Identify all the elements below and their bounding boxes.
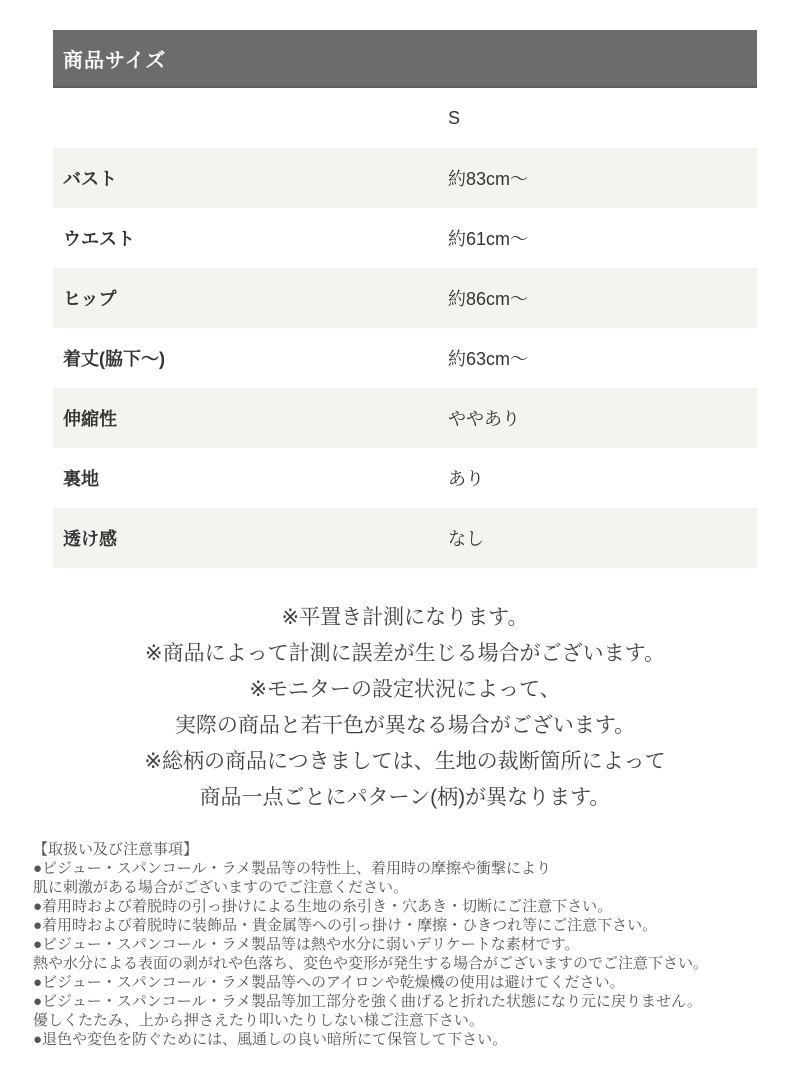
handling-note-line: ●ビジュー・スパンコール・ラメ製品等は熱や水分に弱いデリケートな素材です。	[33, 935, 770, 954]
content-area: 商品サイズ S バスト 約83cm〜 ウエスト 約61cm〜 ヒップ 約86cm…	[53, 30, 757, 816]
row-value: 約86cm〜	[448, 285, 757, 311]
handling-notes-title: 【取扱い及び注意事項】	[33, 840, 770, 859]
table-row-hip: ヒップ 約86cm〜	[53, 268, 757, 328]
product-size-page: 商品サイズ S バスト 約83cm〜 ウエスト 約61cm〜 ヒップ 約86cm…	[0, 0, 800, 1067]
row-label: 裏地	[53, 465, 448, 491]
handling-note-line: ●着用時および着脱時に装飾品・貴金属等への引っ掛け・摩擦・ひきつれ等にご注意下さ…	[33, 916, 770, 935]
size-column-header-row: S	[53, 88, 757, 148]
measurement-note-line: ※商品によって計測に誤差が生じる場合がございます。	[53, 636, 757, 672]
table-row-length: 着丈(脇下〜) 約63cm〜	[53, 328, 757, 388]
row-value: あり	[448, 465, 757, 491]
table-row-stretch: 伸縮性 ややあり	[53, 388, 757, 448]
handling-notes: 【取扱い及び注意事項】 ●ビジュー・スパンコール・ラメ製品等の特性上、着用時の摩…	[33, 840, 770, 1049]
measurement-note-line: 商品一点ごとにパターン(柄)が異なります。	[53, 780, 757, 816]
size-column-header: S	[448, 108, 757, 129]
handling-note-line: ●退色や変色を防ぐためには、風通しの良い暗所にて保管して下さい。	[33, 1030, 770, 1049]
handling-note-line: ●ビジュー・スパンコール・ラメ製品等へのアイロンや乾燥機の使用は避けてください。	[33, 973, 770, 992]
row-value: ややあり	[448, 405, 757, 431]
row-label: バスト	[53, 165, 448, 191]
size-table: S バスト 約83cm〜 ウエスト 約61cm〜 ヒップ 約86cm〜 着丈(脇…	[53, 88, 757, 568]
row-label: 着丈(脇下〜)	[53, 345, 448, 371]
row-label: ウエスト	[53, 225, 448, 251]
measurement-note-line: ※平置き計測になります。	[53, 600, 757, 636]
row-value: 約63cm〜	[448, 345, 757, 371]
product-size-header: 商品サイズ	[53, 30, 757, 88]
table-row-waist: ウエスト 約61cm〜	[53, 208, 757, 268]
row-label: 透け感	[53, 525, 448, 551]
measurement-note-line: 実際の商品と若干色が異なる場合がございます。	[53, 708, 757, 744]
row-label: ヒップ	[53, 285, 448, 311]
handling-note-line: 熱や水分による表面の剥がれや色落ち、変色や変形が発生する場合がございますのでご注…	[33, 954, 770, 973]
table-row-lining: 裏地 あり	[53, 448, 757, 508]
measurement-note-line: ※総柄の商品につきましては、生地の裁断箇所によって	[53, 744, 757, 780]
table-row-sheerness: 透け感 なし	[53, 508, 757, 568]
handling-note-line: 優しくたたみ、上から押さえたり叩いたりしない様ご注意下さい。	[33, 1011, 770, 1030]
handling-note-line: ●ビジュー・スパンコール・ラメ製品等の特性上、着用時の摩擦や衝撃により	[33, 859, 770, 878]
row-value: 約83cm〜	[448, 165, 757, 191]
measurement-note-line: ※モニターの設定状況によって、	[53, 672, 757, 708]
row-label: 伸縮性	[53, 405, 448, 431]
row-value: 約61cm〜	[448, 225, 757, 251]
handling-note-line: 肌に刺激がある場合がございますのでご注意ください。	[33, 878, 770, 897]
measurement-notes: ※平置き計測になります。 ※商品によって計測に誤差が生じる場合がございます。 ※…	[53, 568, 757, 816]
handling-note-line: ●着用時および着脱時の引っ掛けによる生地の糸引き・穴あき・切断にご注意下さい。	[33, 897, 770, 916]
product-size-header-title: 商品サイズ	[63, 44, 166, 73]
table-row-bust: バスト 約83cm〜	[53, 148, 757, 208]
row-value: なし	[448, 525, 757, 551]
handling-note-line: ●ビジュー・スパンコール・ラメ製品等加工部分を強く曲げると折れた状態になり元に戻…	[33, 992, 770, 1011]
